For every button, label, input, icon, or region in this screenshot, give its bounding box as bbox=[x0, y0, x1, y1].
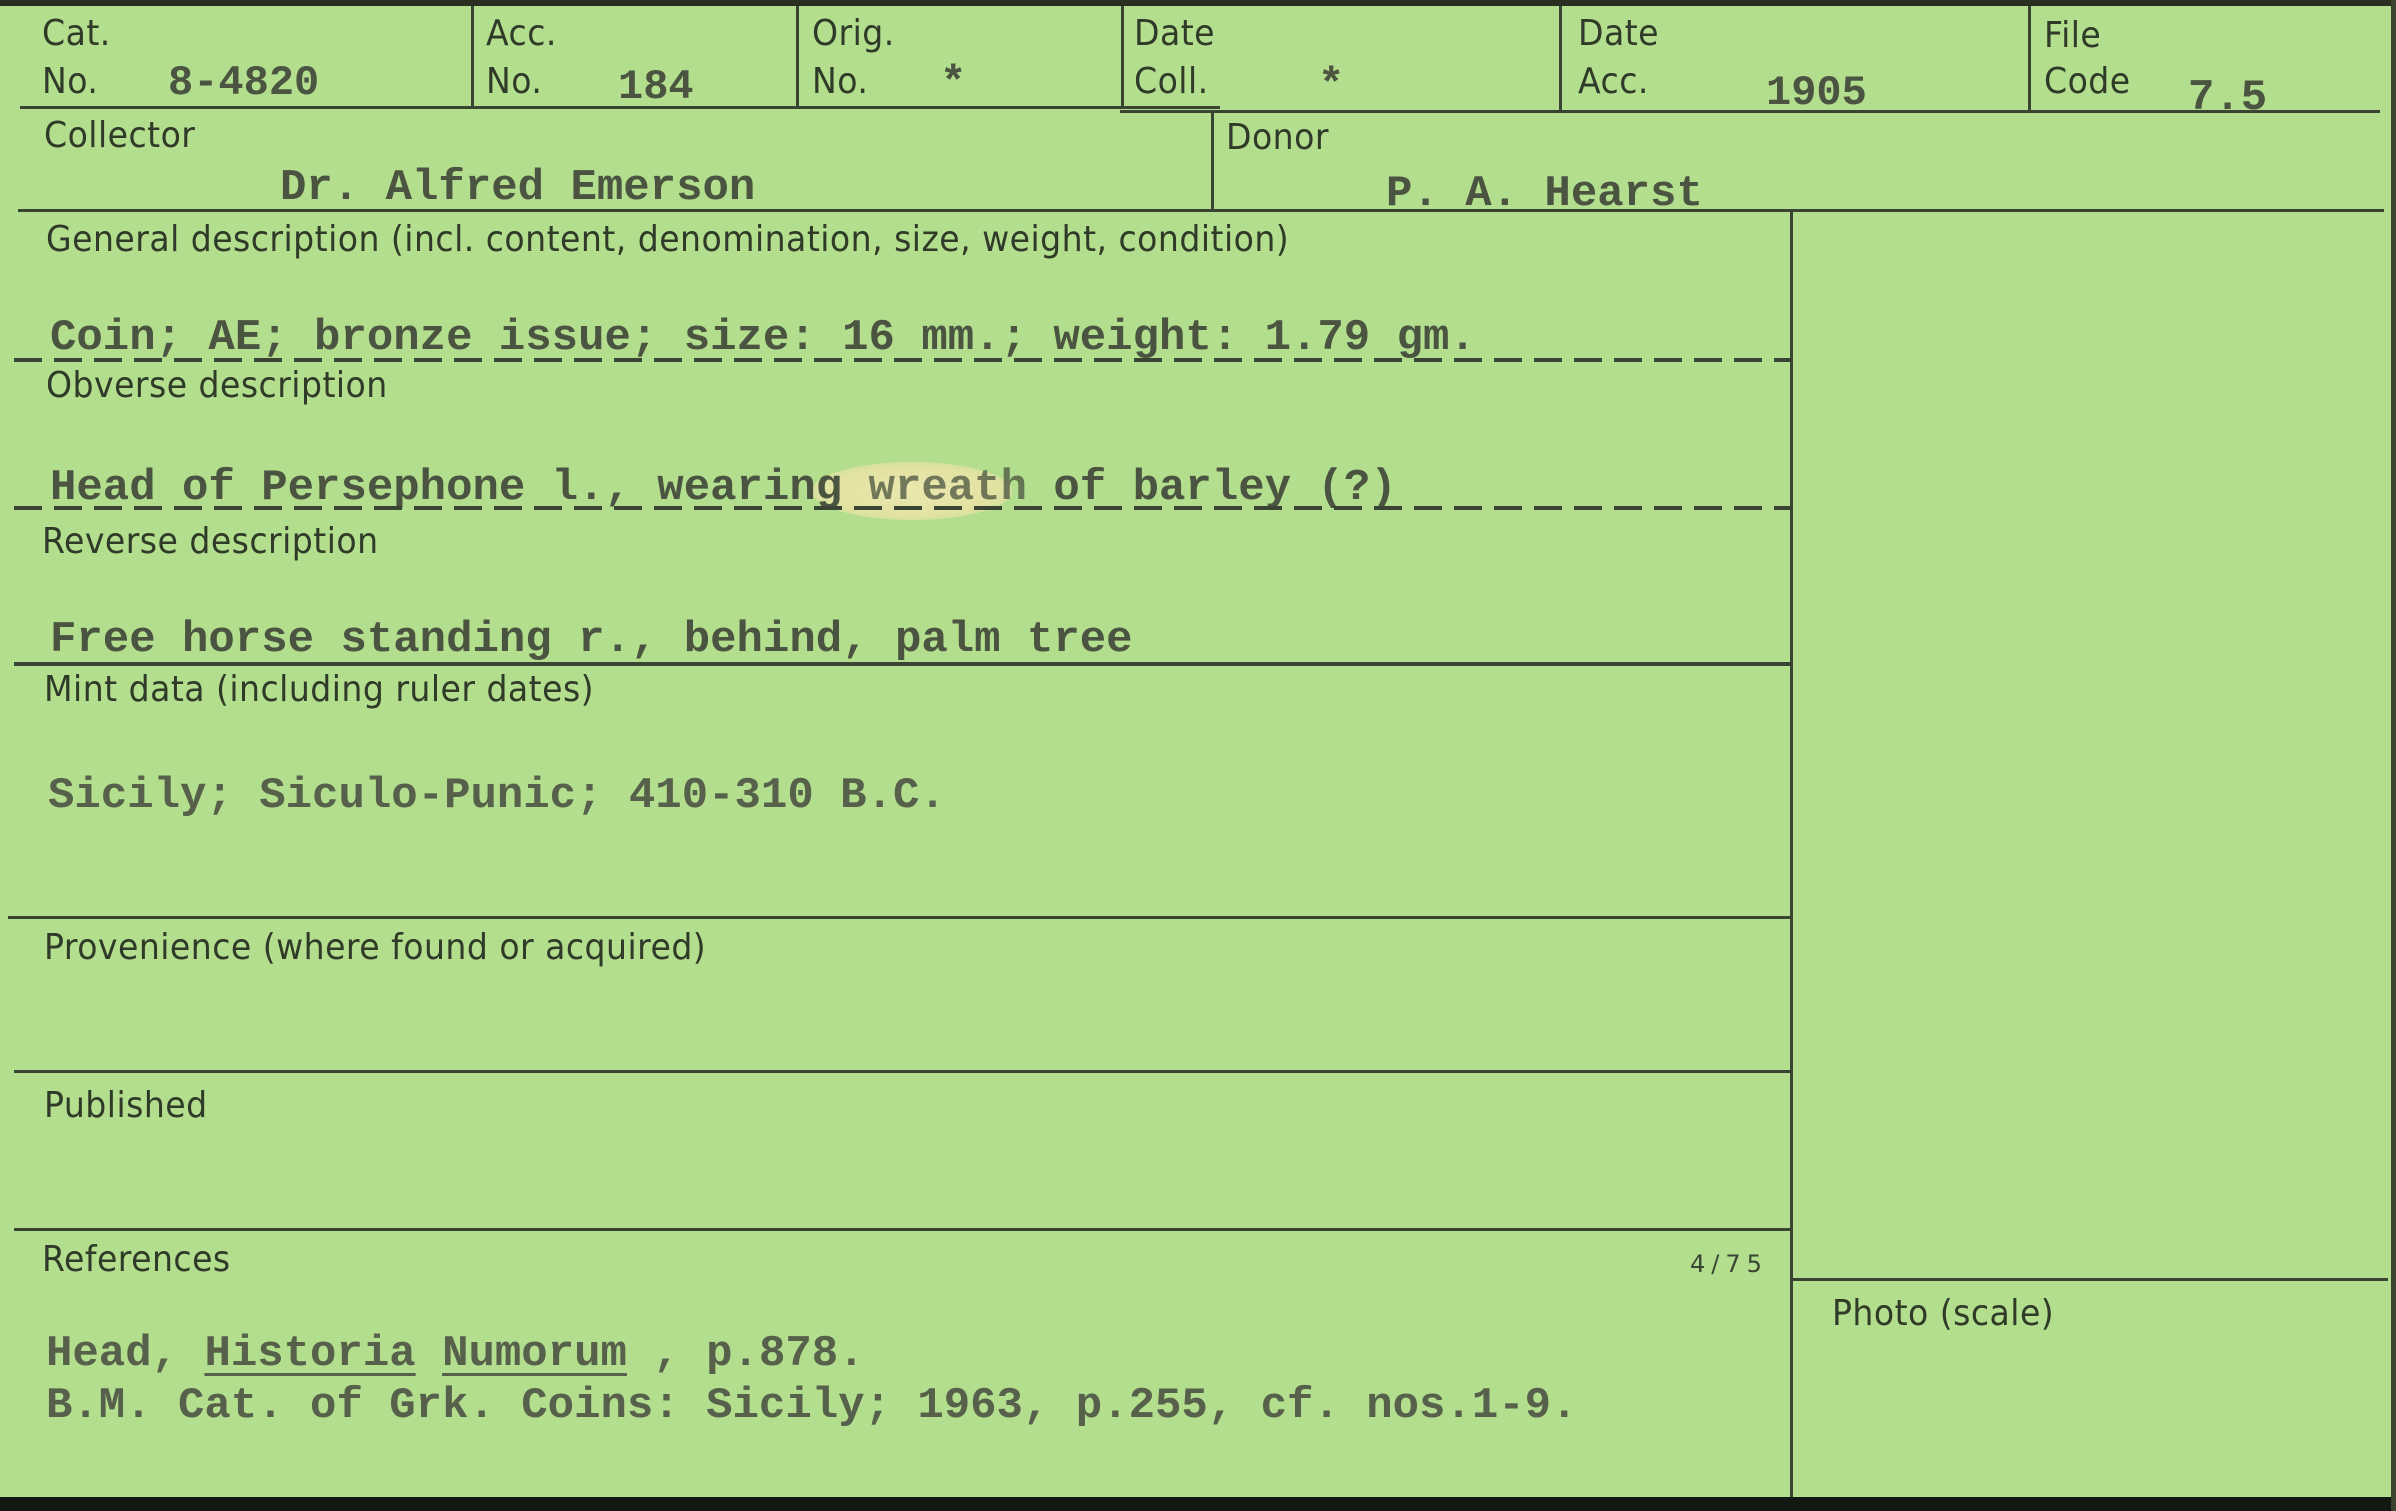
date-coll-label: Date bbox=[1134, 16, 1215, 52]
obverse-description-value: Head of Persephone l., wearing wreath of… bbox=[50, 466, 1397, 510]
reverse-description-value: Free horse standing r., behind, palm tre… bbox=[50, 618, 1133, 662]
mint-data-value: Sicily; Siculo-Punic; 410-310 B.C. bbox=[48, 774, 946, 818]
reverse-bottom-line bbox=[14, 662, 1792, 666]
orig-no-value: * bbox=[940, 62, 966, 106]
general-description-label: General description (incl. content, deno… bbox=[46, 222, 1289, 258]
published-bottom-line bbox=[14, 1228, 1792, 1231]
orig-label: Orig. bbox=[812, 16, 895, 52]
photo-top-line bbox=[1792, 1278, 2388, 1281]
file-code-value: 7.5 bbox=[2188, 76, 2267, 120]
header-divider-1 bbox=[471, 6, 474, 106]
header-divider-2 bbox=[796, 6, 799, 108]
ref1-suffix: , p.878. bbox=[627, 1329, 865, 1379]
references-label: References bbox=[42, 1242, 231, 1278]
mint-data-label: Mint data (including ruler dates) bbox=[44, 672, 594, 708]
photo-column-divider bbox=[1790, 212, 1793, 1503]
file-code-label: Code bbox=[2044, 64, 2131, 100]
cat-no-value: 8-4820 bbox=[168, 62, 319, 104]
collector-donor-divider bbox=[1211, 110, 1214, 212]
general-description-value: Coin; AE; bronze issue; size: 16 mm.; we… bbox=[50, 316, 1476, 360]
published-label: Published bbox=[44, 1088, 208, 1124]
date-acc-label: Date bbox=[1578, 16, 1659, 52]
form-version: 4/75 bbox=[1690, 1250, 1768, 1278]
collector-label: Collector bbox=[44, 118, 195, 154]
ref1-title-b: Numorum bbox=[442, 1329, 627, 1379]
references-line-2: B.M. Cat. of Grk. Coins: Sicily; 1963, p… bbox=[46, 1384, 1577, 1428]
cat-no-label: No. bbox=[42, 64, 98, 100]
acc-no-value: 184 bbox=[618, 66, 694, 108]
obverse-dashed-line bbox=[14, 506, 1790, 510]
date-acc-label-2: Acc. bbox=[1578, 64, 1649, 100]
acc-label: Acc. bbox=[486, 16, 557, 52]
header-divider-4 bbox=[1559, 6, 1562, 110]
file-label: File bbox=[2044, 18, 2101, 54]
donor-label: Donor bbox=[1226, 120, 1329, 156]
cat-label: Cat. bbox=[42, 16, 111, 52]
scan-right-edge bbox=[2391, 0, 2396, 1511]
collector-value: Dr. Alfred Emerson bbox=[280, 166, 755, 210]
ref1-prefix: Head, bbox=[46, 1329, 204, 1379]
reverse-description-label: Reverse description bbox=[42, 524, 379, 560]
orig-no-label: No. bbox=[812, 64, 868, 100]
donor-value: P. A. Hearst bbox=[1386, 172, 1703, 216]
acc-no-label: No. bbox=[486, 64, 542, 100]
obverse-description-label: Obverse description bbox=[46, 368, 388, 404]
references-line-1: Head, Historia Numorum , p.878. bbox=[46, 1332, 865, 1376]
date-coll-label-2: Coll. bbox=[1134, 64, 1209, 100]
header-divider-3 bbox=[1121, 6, 1124, 108]
photo-area bbox=[1794, 1282, 2388, 1500]
mint-bottom-line bbox=[8, 916, 1792, 919]
scan-bottom-edge bbox=[0, 1497, 2396, 1511]
date-acc-value: 1905 bbox=[1766, 72, 1867, 114]
ref1-title-a: Historia bbox=[204, 1329, 415, 1379]
catalog-card: Cat. No. 8-4820 Acc. No. 184 Orig. No. *… bbox=[0, 0, 2393, 1497]
provenience-label: Provenience (where found or acquired) bbox=[44, 930, 706, 966]
general-description-dashed-line bbox=[14, 358, 1790, 362]
date-coll-value: * bbox=[1318, 64, 1344, 108]
provenience-bottom-line bbox=[14, 1070, 1792, 1073]
header-divider-5 bbox=[2028, 6, 2031, 110]
